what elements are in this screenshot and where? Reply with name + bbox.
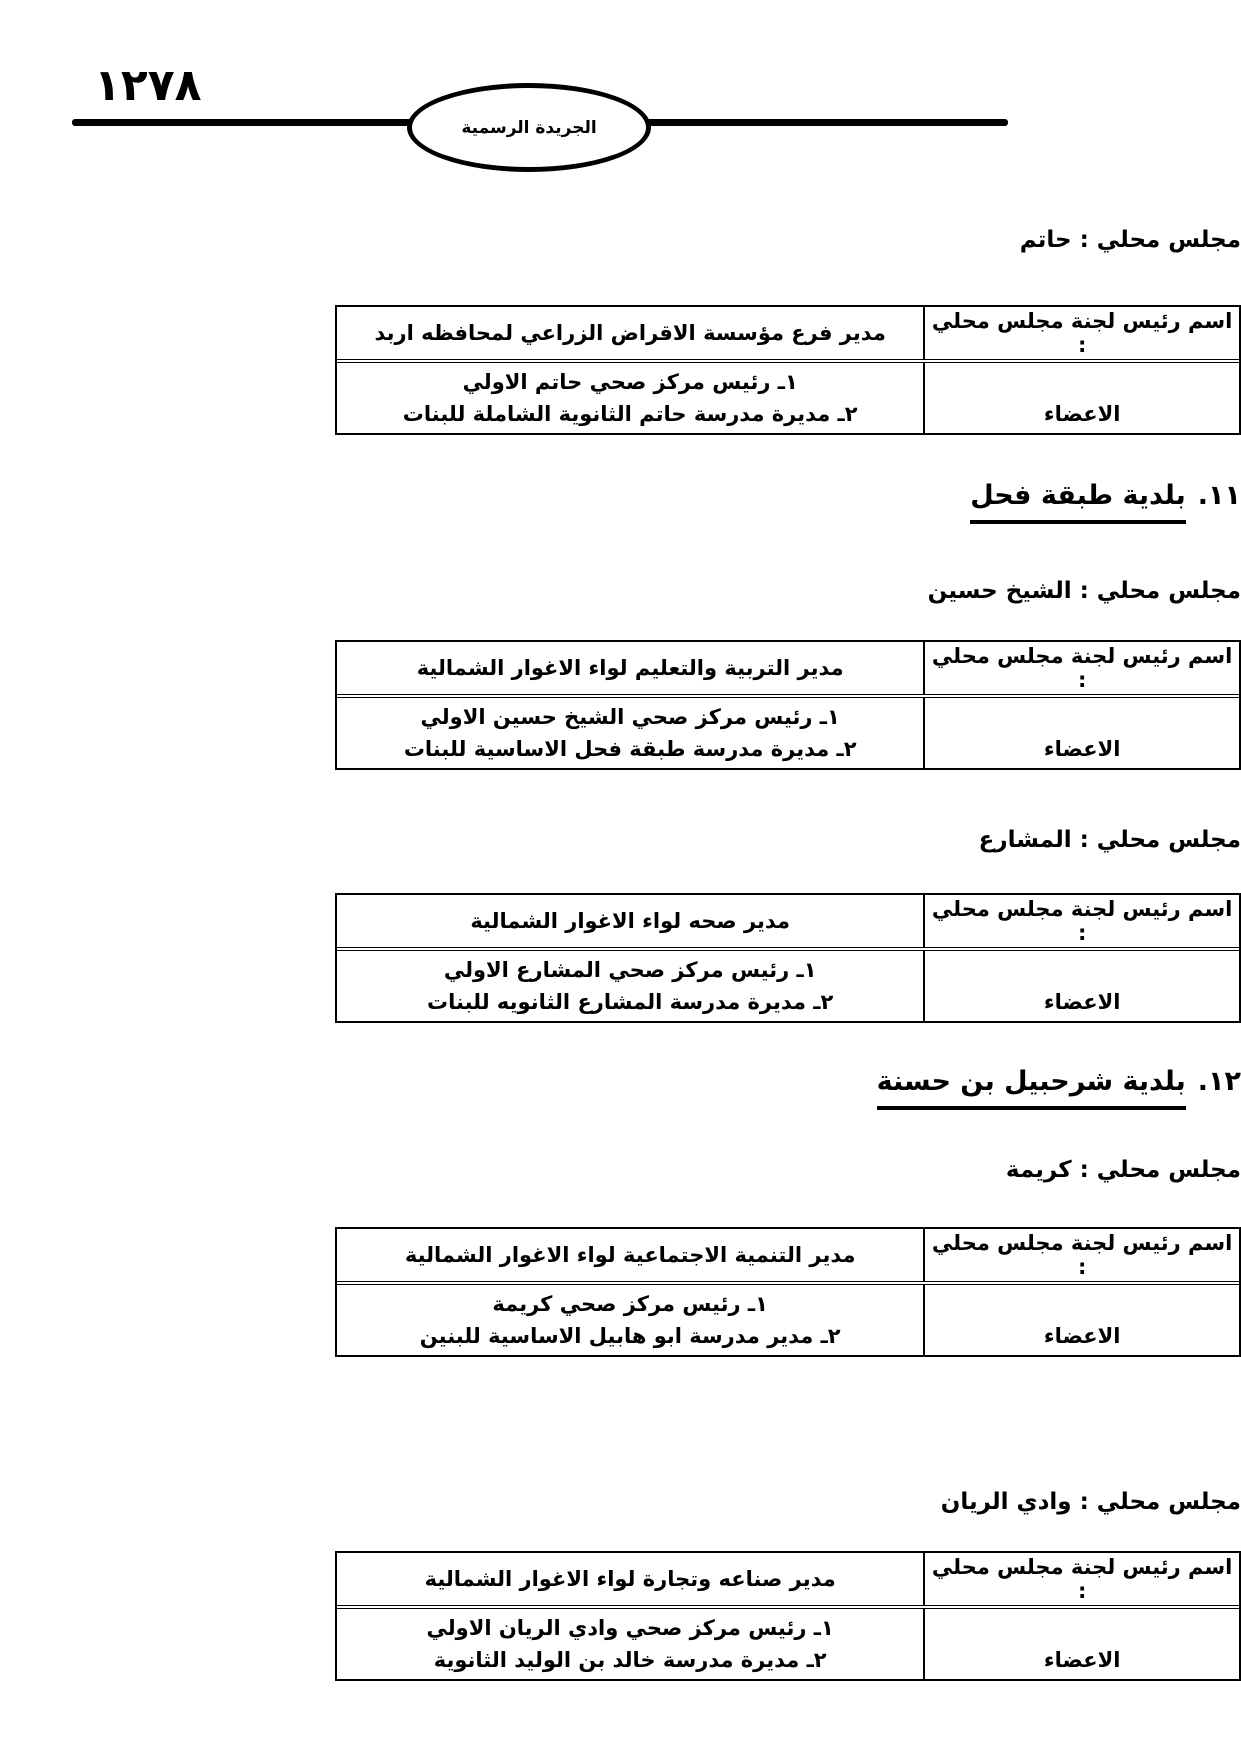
page-content: مجلس محلي : حاتم اسم رئيس لجنة مجلس محلي…	[335, 225, 1241, 1681]
members-list: ١ـ رئيس مركز صحي المشارع الاولي ٢ـ مديرة…	[337, 951, 923, 1021]
member-line: ٢ـ مديرة مدرسة طبقة فحل الاساسية للبنات	[404, 733, 857, 765]
members-label: الاعضاء	[923, 1285, 1239, 1355]
table-row: الاعضاء ١ـ رئيس مركز صحي كريمة ٢ـ مدير م…	[337, 1285, 1239, 1355]
chairman-name: مدير صناعه وتجارة لواء الاغوار الشمالية	[337, 1553, 923, 1605]
member-line: ٢ـ مديرة مدرسة المشارع الثانويه للبنات	[427, 986, 833, 1018]
table-row: الاعضاء ١ـ رئيس مركز صحي وادي الريان الا…	[337, 1609, 1239, 1679]
member-line: ١ـ رئيس مركز صحي الشيخ حسين الاولي	[421, 701, 840, 733]
chairman-name: مدير التنمية الاجتماعية لواء الاغوار الش…	[337, 1229, 923, 1281]
council-title-karima: مجلس محلي : كريمة	[335, 1155, 1241, 1185]
council-title-masharea: مجلس محلي : المشارع	[335, 825, 1241, 855]
chairman-label: اسم رئيس لجنة مجلس محلي :	[923, 895, 1239, 947]
members-list: ١ـ رئيس مركز صحي حاتم الاولي ٢ـ مديرة مد…	[337, 363, 923, 433]
table-row: اسم رئيس لجنة مجلس محلي : مدير التنمية ا…	[337, 1229, 1239, 1285]
members-label: الاعضاء	[923, 698, 1239, 768]
heading-name: بلدية شرحبيل بن حسنة	[877, 1063, 1186, 1110]
committee-table-wadi-rayyan: اسم رئيس لجنة مجلس محلي : مدير صناعه وتج…	[335, 1551, 1241, 1681]
chairman-label: اسم رئيس لجنة مجلس محلي :	[923, 1553, 1239, 1605]
municipality-heading-11: ١١.بلدية طبقة فحل	[335, 477, 1241, 524]
members-list: ١ـ رئيس مركز صحي كريمة ٢ـ مدير مدرسة ابو…	[337, 1285, 923, 1355]
table-row: اسم رئيس لجنة مجلس محلي : مدير التربية و…	[337, 642, 1239, 698]
page-number: ١٢٧٨	[94, 60, 201, 111]
member-line: ٢ـ مديرة مدرسة حاتم الثانوية الشاملة للب…	[403, 398, 858, 430]
chairman-name: مدير صحه لواء الاغوار الشمالية	[337, 895, 923, 947]
committee-table-masharea: اسم رئيس لجنة مجلس محلي : مدير صحه لواء …	[335, 893, 1241, 1023]
table-row: اسم رئيس لجنة مجلس محلي : مدير فرع مؤسسة…	[337, 307, 1239, 363]
member-line: ٢ـ مديرة مدرسة خالد بن الوليد الثانوية	[434, 1644, 827, 1676]
member-line: ١ـ رئيس مركز صحي حاتم الاولي	[463, 366, 798, 398]
member-line: ١ـ رئيس مركز صحي المشارع الاولي	[444, 954, 817, 986]
page-header: ١٢٧٨ الجريدة الرسمية	[0, 0, 1241, 185]
chairman-label: اسم رئيس لجنة مجلس محلي :	[923, 1229, 1239, 1281]
gazette-title: الجريدة الرسمية	[461, 118, 596, 138]
table-row: الاعضاء ١ـ رئيس مركز صحي حاتم الاولي ٢ـ …	[337, 363, 1239, 433]
heading-number: ١٢.	[1198, 1066, 1241, 1097]
committee-table-karima: اسم رئيس لجنة مجلس محلي : مدير التنمية ا…	[335, 1227, 1241, 1357]
chairman-name: مدير فرع مؤسسة الاقراض الزراعي لمحافظه ا…	[337, 307, 923, 359]
council-title-wadi-rayyan: مجلس محلي : وادي الريان	[335, 1487, 1241, 1517]
council-title-hatem: مجلس محلي : حاتم	[335, 225, 1241, 255]
members-list: ١ـ رئيس مركز صحي الشيخ حسين الاولي ٢ـ مد…	[337, 698, 923, 768]
gazette-page: ١٢٧٨ الجريدة الرسمية مجلس محلي : حاتم اس…	[0, 0, 1241, 1755]
gazette-oval: الجريدة الرسمية	[407, 83, 651, 172]
committee-table-sheikh-hussein: اسم رئيس لجنة مجلس محلي : مدير التربية و…	[335, 640, 1241, 770]
chairman-label: اسم رئيس لجنة مجلس محلي :	[923, 307, 1239, 359]
heading-name: بلدية طبقة فحل	[970, 477, 1186, 524]
table-row: اسم رئيس لجنة مجلس محلي : مدير صحه لواء …	[337, 895, 1239, 951]
chairman-name: مدير التربية والتعليم لواء الاغوار الشما…	[337, 642, 923, 694]
committee-table-hatem: اسم رئيس لجنة مجلس محلي : مدير فرع مؤسسة…	[335, 305, 1241, 435]
members-list: ١ـ رئيس مركز صحي وادي الريان الاولي ٢ـ م…	[337, 1609, 923, 1679]
table-row: الاعضاء ١ـ رئيس مركز صحي المشارع الاولي …	[337, 951, 1239, 1021]
members-label: الاعضاء	[923, 1609, 1239, 1679]
table-row: الاعضاء ١ـ رئيس مركز صحي الشيخ حسين الاو…	[337, 698, 1239, 768]
council-title-sheikh-hussein: مجلس محلي : الشيخ حسين	[335, 576, 1241, 606]
heading-number: ١١.	[1198, 480, 1241, 511]
members-label: الاعضاء	[923, 951, 1239, 1021]
members-label: الاعضاء	[923, 363, 1239, 433]
municipality-heading-12: ١٢.بلدية شرحبيل بن حسنة	[335, 1063, 1241, 1110]
member-line: ٢ـ مدير مدرسة ابو هابيل الاساسية للبنين	[420, 1320, 841, 1352]
member-line: ١ـ رئيس مركز صحي كريمة	[492, 1288, 767, 1320]
table-row: اسم رئيس لجنة مجلس محلي : مدير صناعه وتج…	[337, 1553, 1239, 1609]
chairman-label: اسم رئيس لجنة مجلس محلي :	[923, 642, 1239, 694]
member-line: ١ـ رئيس مركز صحي وادي الريان الاولي	[427, 1612, 834, 1644]
